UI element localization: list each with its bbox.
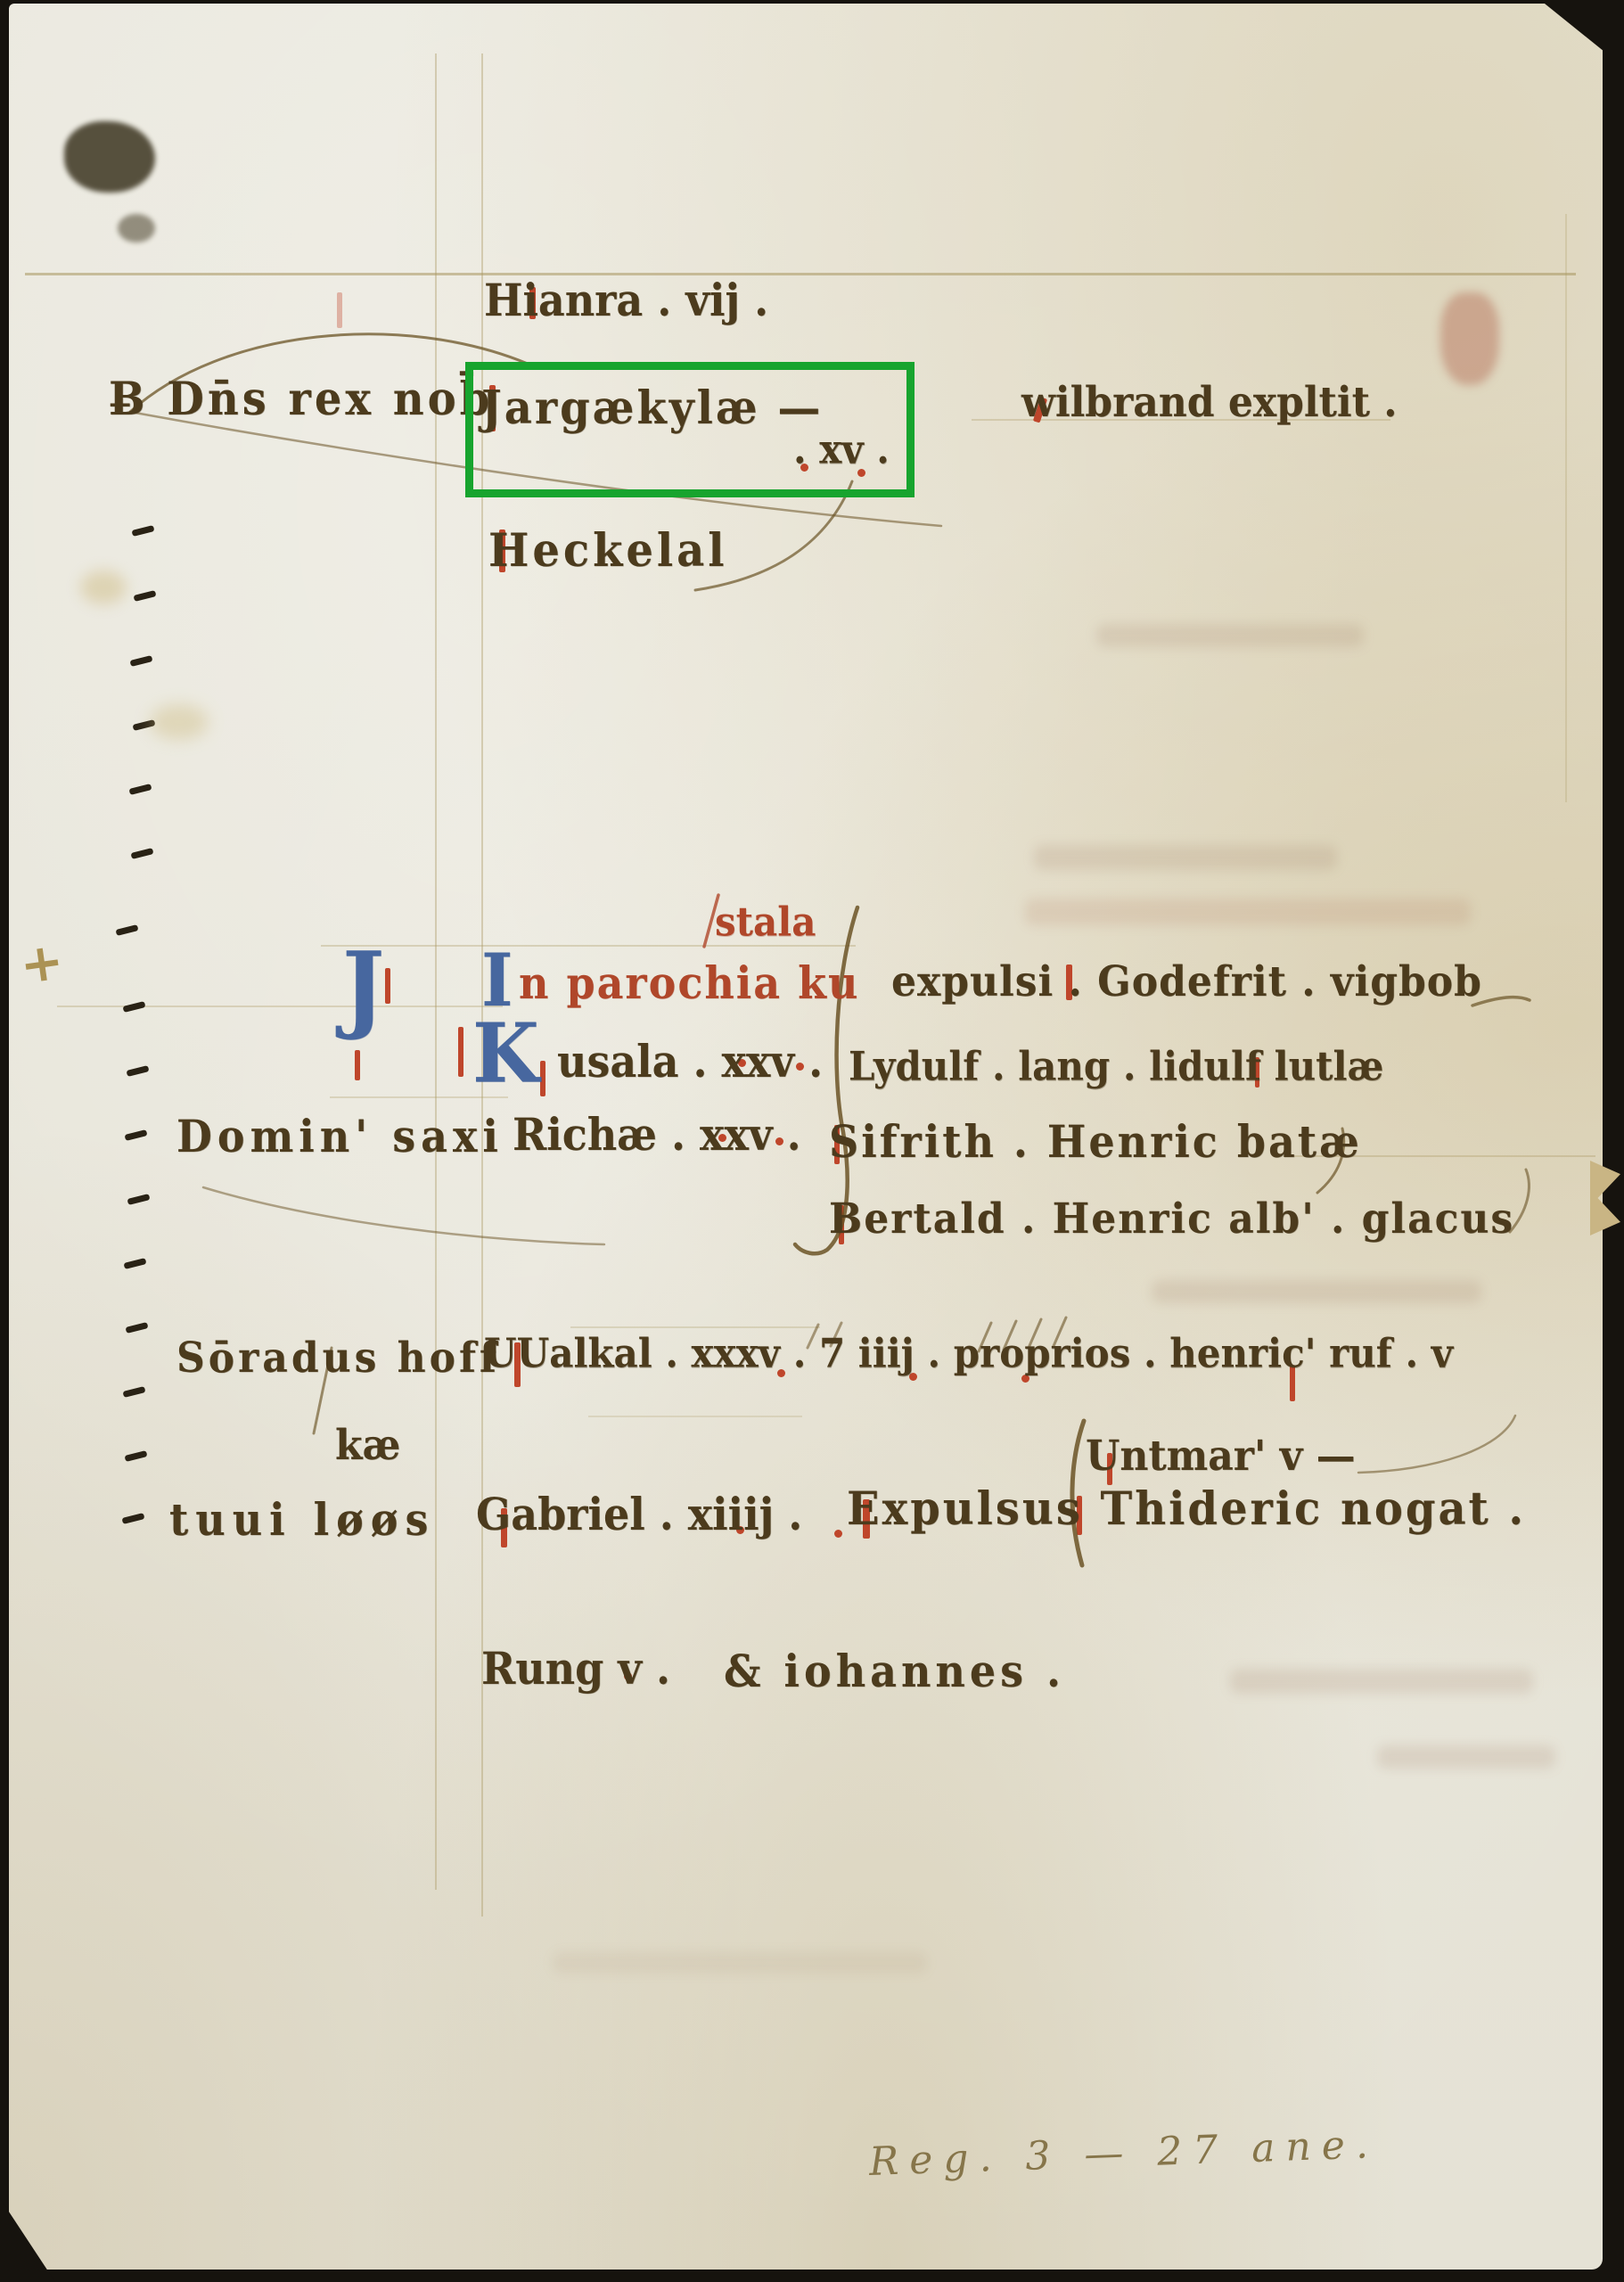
margin-cross-mark: + [16, 930, 68, 996]
showthrough-text [1034, 845, 1337, 870]
ink-smudge [118, 214, 155, 242]
margin-domin-saxi: Domin' saxi [176, 1111, 504, 1162]
entry-expulsi-godefrit: expulsi . Godefrit . vigbob [891, 957, 1482, 1006]
entry-sifrith: Sifrith . Henric batæ [829, 1116, 1362, 1168]
showthrough-text [553, 1952, 927, 1974]
manuscript-photo: Hianra . vij . Ƀ Dn̄s rex nob̄ Jargækylæ… [0, 0, 1624, 2282]
entry-untmar: Untmar' v — [1086, 1432, 1356, 1481]
entry-iohannes: & iohannes . [724, 1646, 1065, 1697]
ruled-line [588, 1416, 802, 1417]
explicit-note: wilbrand expltit . [1021, 378, 1398, 427]
initial-k: K [472, 1006, 539, 1102]
rubrication-mark [385, 968, 390, 1004]
entry-richae: Richæ . xxv . [513, 1109, 801, 1161]
entry-bertald: Bertald . Henric alb' . glacus [829, 1194, 1514, 1244]
rubrication-dot [834, 1530, 842, 1538]
showthrough-text [1152, 1280, 1481, 1303]
red-showthrough-letter [1440, 292, 1499, 385]
edge-stitch-repair [1590, 1161, 1620, 1235]
showthrough-text [1025, 899, 1471, 925]
ink-smudge [64, 121, 155, 193]
entry-gabriel: Gabriel . xiiij . [476, 1489, 802, 1540]
faint-red-mark [337, 292, 342, 328]
ruled-line-vertical [435, 53, 437, 1890]
margin-soradus-kae: kæ [335, 1421, 400, 1470]
rubrication-mark [540, 1061, 545, 1096]
entry-lydulf: Lydulf . lang . lidulf lutlæ [849, 1043, 1383, 1089]
entry-expulsus-thideric: Expulsus Thideric nogat . [847, 1482, 1526, 1536]
margin-tuui-loos: tuui løøs [169, 1494, 435, 1546]
margin-soradus-hoff: Sōradus hoff [176, 1334, 500, 1383]
ruled-line [570, 1326, 820, 1328]
margin-initial-j: J [342, 931, 384, 1043]
rubrication-mark [458, 1027, 463, 1077]
showthrough-text [1377, 1745, 1555, 1769]
ruled-line-vertical [1565, 214, 1567, 802]
entry-uualkal: UUalkal . xxxv . 7 iiij . proprios . hen… [484, 1330, 1453, 1376]
showthrough-text [1096, 624, 1364, 647]
entry-hianra: Hianra . vij . [484, 275, 768, 326]
rubrication-mark [355, 1050, 360, 1080]
ruled-line [25, 273, 1576, 275]
rubric-stala: stala [715, 899, 816, 945]
entry-heckelal: Heckelal [488, 524, 727, 578]
margin-note-top: Ƀ Dn̄s rex nob̄ [109, 373, 493, 426]
showthrough-text [1230, 1669, 1533, 1694]
highlight-annotation-box [465, 362, 915, 497]
entry-rung: Rung v . [481, 1643, 670, 1695]
rubric-in-parochia: n parochia ku [519, 957, 859, 1009]
yellow-stain [80, 570, 127, 604]
entry-kusala: usala . xxv . [557, 1036, 823, 1088]
yellow-stain [150, 704, 209, 740]
